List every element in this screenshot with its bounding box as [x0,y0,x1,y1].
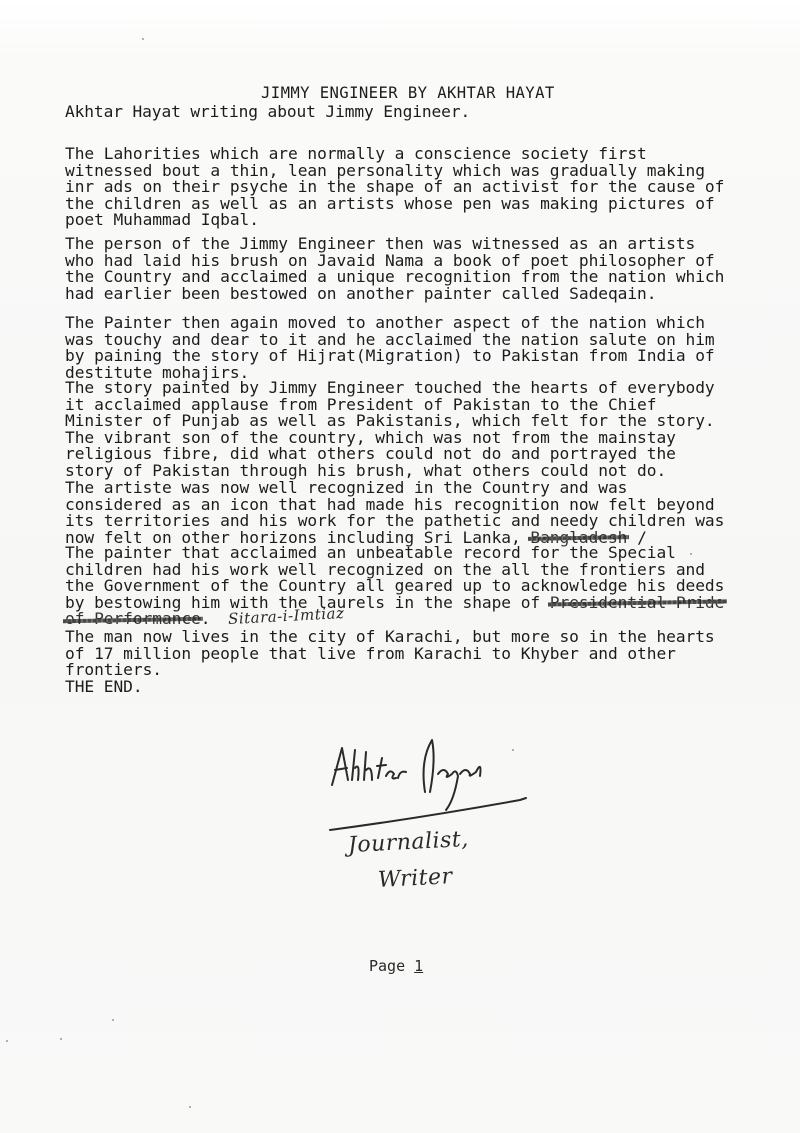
struck-out-text: Presidential Pride [550,593,725,612]
page-number: Page 1 [369,957,423,975]
scan-speck [112,1019,114,1021]
paragraph-5: The artiste was now well recognized in t… [65,480,724,546]
signature-designation: Writer [377,864,453,893]
paragraph-3: The Painter then again moved to another … [65,315,715,381]
text-line: of 17 million people that live from Kara… [65,646,715,663]
paragraph-4: The story painted by Jimmy Engineer touc… [65,380,715,479]
paragraph-2: The person of the Jimmy Engineer then wa… [65,236,724,302]
document-title: JIMMY ENGINEER BY AKHTAR HAYAT [261,84,555,102]
document-subtitle: Akhtar Hayat writing about Jimmy Enginee… [65,102,470,121]
paragraph-1: The Lahorities which are normally a cons… [65,146,724,229]
scan-speck [189,1106,191,1108]
page-number-value: 1 [414,957,423,975]
scan-speck [142,38,144,40]
page-label: Page [369,957,405,975]
document-page: JIMMY ENGINEER BY AKHTAR HAYAT Akhtar Ha… [0,0,800,1133]
text-line: had earlier been bestowed on another pai… [65,286,724,303]
text-line: of Performance. [65,611,724,628]
scan-speck [6,1040,8,1042]
paragraph-6: The painter that acclaimed an unbeatable… [65,545,724,628]
text-line: poet Muhammad Iqbal. [65,212,724,229]
text-line: story of Pakistan through his brush, wha… [65,463,715,480]
paragraph-7: The man now lives in the city of Karachi… [65,629,715,695]
scan-speck [512,749,514,751]
struck-out-text: of Performance [65,609,201,628]
text-line: frontiers. [65,662,715,679]
scan-speck [60,1038,62,1040]
the-end: THE END. [65,679,715,696]
scan-speck [690,553,692,555]
